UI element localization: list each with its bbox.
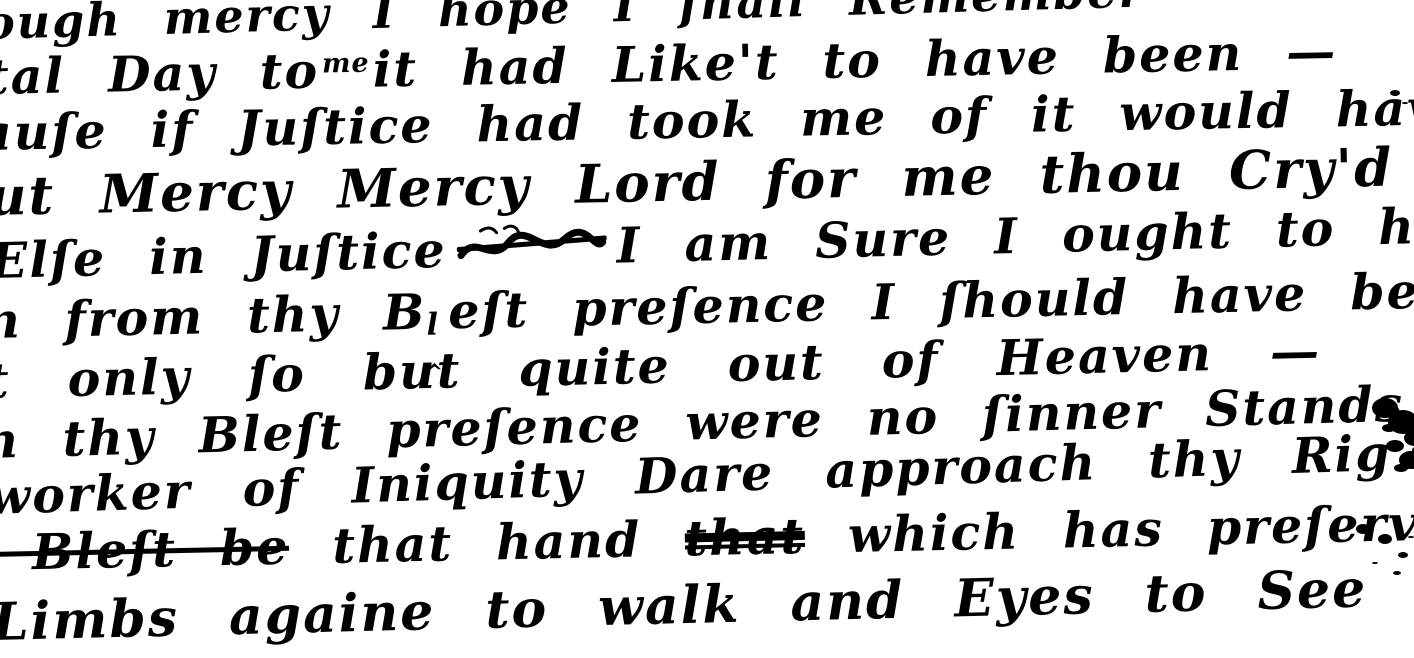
text-segment: Elſe in Juſtice bbox=[0, 221, 447, 290]
ink-blot bbox=[1372, 398, 1398, 418]
text-segment: n from thy B bbox=[0, 283, 427, 350]
text-segment: which has preſerv'd bbox=[847, 493, 1414, 564]
strikeout-scribble bbox=[456, 219, 607, 285]
manuscript-page: ough mercy I hope I ſhall Remember tal D… bbox=[0, 0, 1414, 658]
superscript-insertion: me bbox=[322, 48, 370, 80]
strikeout-word: that bbox=[684, 507, 806, 568]
strikeout-word: Bleſt be bbox=[0, 518, 290, 582]
ink-blot bbox=[1356, 524, 1370, 534]
inserted-letter: l bbox=[426, 310, 440, 341]
ink-blot bbox=[1390, 90, 1400, 96]
text-segment: that hand bbox=[332, 510, 642, 574]
